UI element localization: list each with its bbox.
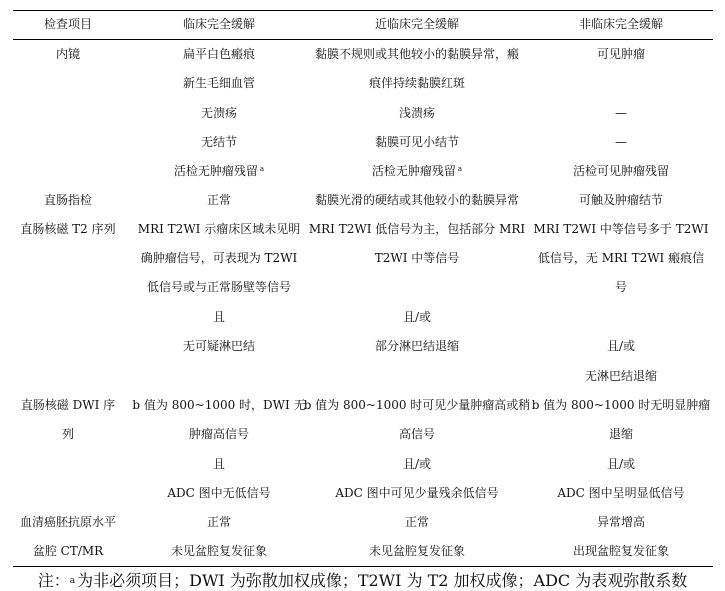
table-cell: 低信号，无 MRI T2WI 瘢痕信	[538, 251, 704, 265]
table-cell: 低信号或与正常肠壁等信号	[147, 280, 291, 294]
cell-text: 直肠指检	[44, 193, 92, 207]
cell-text: —	[615, 106, 627, 120]
cell-text: 肿瘤高信号	[189, 427, 249, 441]
table-cell: 出现盆腔复发征象	[573, 544, 669, 558]
footnote-prefix: 注：	[38, 571, 70, 590]
cell-text: MRI T2WI 中等信号多于 T2WI	[534, 222, 709, 236]
table-cell: 黏膜光滑的硬结或其他较小的黏膜异常	[315, 193, 519, 207]
table-cell: 高信号	[399, 427, 435, 441]
table-cell: 浅溃疡	[399, 106, 435, 120]
table-cell: 号	[615, 280, 627, 294]
cell-text: 黏膜光滑的硬结或其他较小的黏膜异常	[315, 193, 519, 207]
table-cell: 无结节	[201, 135, 237, 149]
table-cell: 正常	[207, 193, 231, 207]
table-cell: 痕伴持续黏膜红斑	[369, 76, 465, 90]
cell-text: 正常	[207, 515, 231, 529]
table-cell: b 值为 800~1000 时无明显肿瘤	[532, 398, 711, 412]
cell-text: 未见盆腔复发征象	[369, 544, 465, 558]
table-cell: 正常	[405, 515, 429, 529]
row-label: 直肠指检	[44, 193, 92, 207]
cell-text: 出现盆腔复发征象	[573, 544, 669, 558]
table-cell: 未见盆腔复发征象	[369, 544, 465, 558]
cell-text: 且	[213, 457, 225, 471]
cell-text: 确肿瘤信号，可表现为 T2WI	[141, 251, 298, 265]
table-cell: 异常增高	[597, 515, 645, 529]
cell-text: 列	[62, 427, 74, 441]
cell-text: 且	[213, 310, 225, 324]
cell-text: 黏膜不规则或其他较小的黏膜异常，瘢	[315, 47, 519, 61]
cell-text: 未见盆腔复发征象	[171, 544, 267, 558]
superscript-mark: a	[458, 165, 462, 173]
cell-text: T2WI 中等信号	[375, 251, 460, 265]
cell-text: 且/或	[607, 457, 635, 471]
table-cell: 无可疑淋巴结	[183, 339, 255, 353]
cell-text: —	[615, 135, 627, 149]
cell-text: 内镜	[56, 47, 80, 61]
table-footnote: 注：a为非必须项目；DWI 为弥散加权成像；T2WI 为 T2 加权成像；ADC…	[38, 572, 688, 590]
row-label: 盆腔 CT/MR	[33, 544, 103, 558]
table-cell: 可见肿瘤	[597, 47, 645, 61]
cell-text: 且/或	[403, 310, 431, 324]
table-top-rule	[13, 10, 713, 11]
cell-text: 低信号或与正常肠壁等信号	[147, 280, 291, 294]
table-cell: 无淋巴结退缩	[585, 369, 657, 383]
cell-text: 无可疑淋巴结	[183, 339, 255, 353]
table-cell: 部分淋巴结退缩	[375, 339, 459, 353]
cell-text: 新生毛细血管	[183, 76, 255, 90]
column-header: 近临床完全缓解	[375, 17, 459, 31]
cell-text: 直肠核磁 DWI 序	[21, 398, 115, 412]
cell-text: 异常增高	[597, 515, 645, 529]
cell-text: 且/或	[607, 339, 635, 353]
cell-text: b 值为 800~1000 时无明显肿瘤	[532, 398, 711, 412]
cell-text: 退缩	[609, 427, 633, 441]
cell-text: 直肠核磁 T2 序列	[20, 222, 115, 236]
table-cell: —	[615, 106, 627, 120]
table-cell: 且/或	[403, 457, 431, 471]
table-cell: 且/或	[607, 457, 635, 471]
table-cell: 未见盆腔复发征象	[171, 544, 267, 558]
table-header-rule	[13, 39, 713, 40]
cell-text: 血清癌胚抗原水平	[20, 515, 116, 529]
cell-text: 无溃疡	[201, 106, 237, 120]
footnote-mark: a	[70, 576, 75, 586]
row-label: 直肠核磁 T2 序列	[20, 222, 115, 236]
table-cell: 活检无肿瘤残留a	[372, 164, 462, 178]
cell-text: 号	[615, 280, 627, 294]
table-cell: ADC 图中无低信号	[167, 486, 270, 500]
row-label: 血清癌胚抗原水平	[20, 515, 116, 529]
table-cell: ADC 图中呈明显低信号	[557, 486, 684, 500]
table-cell: 扁平白色瘢痕	[183, 47, 255, 61]
table-cell: 黏膜可见小结节	[375, 135, 459, 149]
cell-text: b 值为 800~1000 时，DWI 无	[132, 398, 305, 412]
column-header: 临床完全缓解	[183, 17, 255, 31]
cell-text: 部分淋巴结退缩	[375, 339, 459, 353]
row-label: 列	[62, 427, 74, 441]
cell-text: 无结节	[201, 135, 237, 149]
table-cell: b 值为 800~1000 时，DWI 无	[132, 398, 305, 412]
table-cell: ADC 图中可见少量残余低信号	[335, 486, 498, 500]
table-cell: 肿瘤高信号	[189, 427, 249, 441]
table-cell: MRI T2WI 示瘤床区域未见明	[138, 222, 300, 236]
table-cell: —	[615, 135, 627, 149]
cell-text: MRI T2WI 低信号为主，包括部分 MRI	[309, 222, 525, 236]
cell-text: 浅溃疡	[399, 106, 435, 120]
table-cell: b 值为 800~1000 时可见少量肿瘤高或稍	[304, 398, 531, 412]
cell-text: 黏膜可见小结节	[375, 135, 459, 149]
table-cell: 正常	[207, 515, 231, 529]
column-header: 非临床完全缓解	[579, 17, 663, 31]
cell-text: 痕伴持续黏膜红斑	[369, 76, 465, 90]
cell-text: ADC 图中可见少量残余低信号	[335, 486, 498, 500]
superscript-mark: a	[260, 165, 264, 173]
cell-text: 正常	[405, 515, 429, 529]
table-cell: 且/或	[403, 310, 431, 324]
cell-text: 活检可见肿瘤残留	[573, 164, 669, 178]
cell-text: 且/或	[403, 457, 431, 471]
table-cell: 新生毛细血管	[183, 76, 255, 90]
cell-text: 扁平白色瘢痕	[183, 47, 255, 61]
row-label: 内镜	[56, 47, 80, 61]
cell-text: ADC 图中无低信号	[167, 486, 270, 500]
table-cell: 确肿瘤信号，可表现为 T2WI	[141, 251, 298, 265]
cell-text: 高信号	[399, 427, 435, 441]
table-cell: 且/或	[607, 339, 635, 353]
cell-text: b 值为 800~1000 时可见少量肿瘤高或稍	[304, 398, 531, 412]
table-cell: 活检无肿瘤残留a	[174, 164, 264, 178]
table-cell: 可触及肿瘤结节	[579, 193, 663, 207]
table-cell: 退缩	[609, 427, 633, 441]
cell-text: 可见肿瘤	[597, 47, 645, 61]
cell-text: 盆腔 CT/MR	[33, 544, 103, 558]
column-header: 检查项目	[44, 17, 92, 31]
cell-text: 可触及肿瘤结节	[579, 193, 663, 207]
cell-text: 活检无肿瘤残留	[174, 164, 258, 178]
table-cell: 无溃疡	[201, 106, 237, 120]
table-cell: MRI T2WI 中等信号多于 T2WI	[534, 222, 709, 236]
table-cell: T2WI 中等信号	[375, 251, 460, 265]
cell-text: 无淋巴结退缩	[585, 369, 657, 383]
cell-text: ADC 图中呈明显低信号	[557, 486, 684, 500]
table-cell: MRI T2WI 低信号为主，包括部分 MRI	[309, 222, 525, 236]
table-cell: 且	[213, 457, 225, 471]
row-label: 直肠核磁 DWI 序	[21, 398, 115, 412]
table-cell: 黏膜不规则或其他较小的黏膜异常，瘢	[315, 47, 519, 61]
cell-text: 正常	[207, 193, 231, 207]
cell-text: MRI T2WI 示瘤床区域未见明	[138, 222, 300, 236]
table-bottom-rule	[13, 566, 713, 567]
table-cell: 活检可见肿瘤残留	[573, 164, 669, 178]
cell-text: 低信号，无 MRI T2WI 瘢痕信	[538, 251, 704, 265]
cell-text: 活检无肿瘤残留	[372, 164, 456, 178]
table-cell: 且	[213, 310, 225, 324]
footnote-text: 为非必须项目；DWI 为弥散加权成像；T2WI 为 T2 加权成像；ADC 为表…	[77, 571, 687, 590]
